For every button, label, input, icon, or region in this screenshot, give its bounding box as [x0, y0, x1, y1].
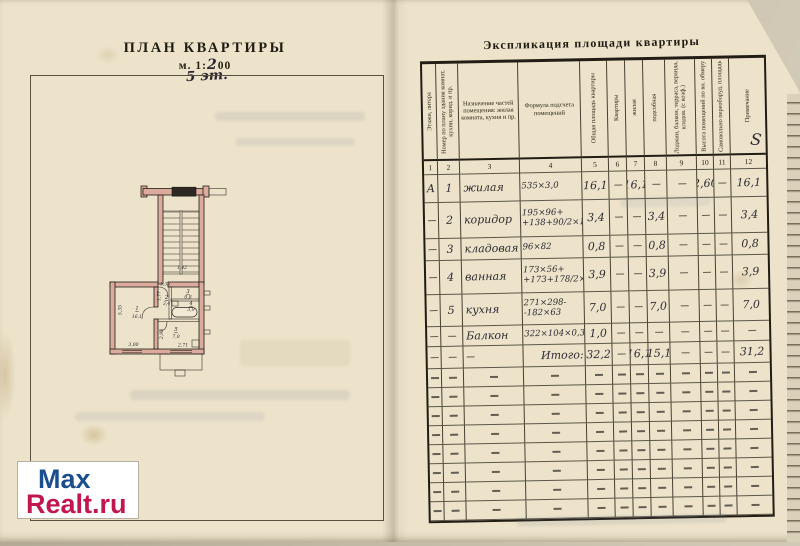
- table-cell: [613, 384, 631, 403]
- porch-step: [175, 370, 185, 376]
- table-cell: [735, 382, 770, 402]
- dash-mark: [679, 244, 687, 245]
- table-cell: [720, 458, 737, 477]
- table-cell: 3,9: [733, 255, 769, 290]
- table-cell: 4: [440, 261, 463, 295]
- table-cell: [702, 421, 719, 440]
- table-cell: [464, 367, 524, 387]
- table-cell: [430, 464, 444, 483]
- plan-label: 4: [188, 301, 192, 307]
- table-cell: [700, 342, 717, 364]
- dash-mark: [638, 506, 646, 507]
- dash-mark: [635, 374, 643, 375]
- table-cell: 3,4: [732, 197, 768, 234]
- dash-mark: [432, 434, 440, 435]
- table-cell: [628, 235, 646, 257]
- table-cell: [702, 402, 719, 421]
- table-cell: 3: [439, 239, 461, 261]
- table-cell: [444, 502, 466, 521]
- dash-mark: [719, 214, 727, 215]
- dash-mark: [636, 412, 644, 413]
- table-cell: [715, 197, 733, 233]
- dash-mark: [618, 412, 626, 413]
- table-cell: [703, 459, 720, 478]
- table-cell: 173×56+ +173+178/2×184: [522, 258, 585, 293]
- room-partition-lower: [154, 319, 158, 349]
- dash-mark: [615, 245, 623, 246]
- table-cell: 3,9: [584, 258, 612, 293]
- table-cell: [719, 439, 736, 458]
- dash-mark: [596, 412, 604, 413]
- table-cell: [737, 458, 772, 478]
- plan-label: 1,35: [160, 282, 170, 288]
- dash-mark: [704, 305, 712, 306]
- table-cell: [587, 442, 614, 462]
- table-cell: [610, 199, 629, 235]
- dash-mark: [705, 391, 713, 392]
- radiator: [204, 291, 210, 295]
- plan-label: 0,8: [184, 295, 191, 301]
- dash-mark: [552, 451, 560, 452]
- header-cell: Квартиры: [607, 60, 627, 157]
- dash-mark: [637, 449, 645, 450]
- plan-label: 1: [135, 306, 138, 312]
- table-cell: [703, 497, 720, 516]
- table-cell: [650, 441, 672, 460]
- dash-mark: [431, 377, 439, 378]
- dash-mark: [449, 415, 457, 416]
- dash-mark: [748, 371, 756, 372]
- table-row: Этажи, литераНомер по плану здания комна…: [422, 58, 766, 162]
- table-cell: 16,1: [627, 171, 646, 199]
- dash-mark: [707, 467, 715, 468]
- column-number-cell: 1: [424, 161, 438, 175]
- table-cell: [630, 323, 648, 343]
- table-cell: [443, 426, 465, 445]
- table-cell: [720, 496, 737, 515]
- dash-mark: [429, 277, 437, 278]
- dash-mark: [723, 448, 731, 449]
- plan-label: 2,98: [159, 329, 165, 340]
- dash-mark: [683, 468, 691, 469]
- plan-label: 7,0: [172, 334, 179, 340]
- table-cell: [650, 422, 672, 441]
- table-cell: жилая: [460, 173, 521, 202]
- table-cell: [428, 388, 442, 407]
- dash-mark: [450, 453, 458, 454]
- dash-mark: [657, 468, 665, 469]
- dash-mark: [619, 450, 627, 451]
- table-cell: [701, 383, 718, 402]
- table-cell: 16,1: [582, 172, 610, 201]
- top-wall-left: [110, 282, 158, 287]
- table-cell: кладовая: [461, 237, 521, 260]
- dash-mark: [596, 431, 604, 432]
- table-cell: 1,0: [585, 324, 612, 345]
- dash-mark: [750, 428, 758, 429]
- table-cell: [698, 198, 716, 234]
- dash-mark: [617, 332, 625, 333]
- dash-mark: [681, 352, 689, 353]
- header-label: Квартиры: [613, 95, 621, 122]
- table-cell: [718, 382, 735, 401]
- table-cell: [609, 171, 628, 199]
- table-cell: А: [424, 175, 439, 203]
- header-cell: Лоджии, балкон, терраса, веранда, кладов…: [665, 59, 697, 157]
- left-page: ПЛАН КВАРТИРЫ м. 1:200 5 эт.: [0, 0, 400, 542]
- dash-mark: [658, 487, 666, 488]
- table-cell: [649, 365, 671, 384]
- dash-mark: [595, 374, 603, 375]
- dash-mark: [656, 392, 664, 393]
- dash-mark: [552, 470, 560, 471]
- dash-mark: [428, 249, 436, 250]
- room-door-arc: [142, 307, 154, 319]
- table-cell: [425, 203, 440, 239]
- table-cell: [588, 461, 615, 481]
- header-label: Номер по плану здания комнат, кухни, кор…: [439, 64, 455, 158]
- dash-mark: [448, 336, 456, 337]
- table-cell: [718, 363, 735, 382]
- header-label: Этажи, литера: [426, 92, 434, 131]
- dash-mark: [633, 245, 641, 246]
- dash-mark: [637, 431, 645, 432]
- table-cell: [464, 386, 524, 406]
- table-cell: [426, 295, 441, 327]
- dash-mark: [451, 491, 459, 492]
- table-cell: 16,1: [731, 169, 767, 198]
- dash-mark: [637, 468, 645, 469]
- stair-wall-left: [158, 195, 163, 284]
- table-cell: [716, 255, 734, 289]
- dash-mark: [490, 395, 498, 396]
- dash-mark: [657, 449, 665, 450]
- table-cell: 2: [439, 203, 462, 239]
- dash-mark: [597, 469, 605, 470]
- table-cell: [673, 478, 703, 498]
- table-cell: 3,9: [647, 257, 670, 291]
- table-cell: [668, 198, 699, 235]
- dash-mark: [634, 306, 642, 307]
- table-cell: [737, 477, 772, 497]
- dash-mark: [658, 506, 666, 507]
- table-cell: [672, 402, 702, 422]
- dash-mark: [720, 271, 728, 272]
- porch-outline: [160, 354, 202, 370]
- plan-label: 3,9: [187, 307, 194, 313]
- column-number-cell: 9: [667, 156, 697, 171]
- table-cell: [633, 460, 651, 479]
- table-cell: [610, 235, 628, 257]
- plan-label: 3,00: [128, 342, 138, 348]
- dash-mark: [749, 390, 757, 391]
- table-cell: 271×298- -182×63: [522, 292, 585, 325]
- table-cell: [672, 421, 702, 441]
- header-cell: подсобная: [643, 60, 667, 157]
- table-cell: [612, 323, 630, 343]
- table-cell: [700, 322, 717, 342]
- table-cell: 3,4: [646, 199, 669, 235]
- table-cell: 3,4: [583, 200, 611, 237]
- column-number-cell: 11: [714, 155, 731, 169]
- dash-mark: [638, 487, 646, 488]
- dash-mark: [450, 472, 458, 473]
- stove: [192, 340, 199, 347]
- dash-mark: [724, 486, 732, 487]
- column-number-cell: 12: [731, 155, 766, 170]
- balcony-slab: [209, 189, 226, 196]
- dash-mark: [550, 375, 558, 376]
- plan-label: 2,71: [177, 343, 188, 349]
- table-cell: [615, 460, 633, 479]
- table-cell: [444, 464, 466, 483]
- dash-mark: [722, 351, 730, 352]
- table-cell: 32,2: [585, 344, 612, 367]
- table-cell: [614, 422, 632, 441]
- dash-mark: [750, 466, 758, 467]
- table-cell: 2,60: [697, 170, 715, 198]
- dash-mark: [616, 306, 624, 307]
- table-cell: [441, 327, 463, 347]
- dash-mark: [433, 491, 441, 492]
- dash-mark: [636, 393, 644, 394]
- table-cell: 535×3,0: [520, 172, 583, 201]
- table-cell: коридор: [461, 201, 522, 238]
- header-label: Примечание: [744, 89, 752, 122]
- table-cell: [615, 479, 633, 498]
- dash-mark: [707, 486, 715, 487]
- table-cell: [466, 462, 526, 482]
- table-cell: [645, 171, 668, 199]
- table-cell: [587, 423, 614, 443]
- table-cell: [670, 342, 700, 365]
- header-label: Назначение частей помещения: жилая комна…: [459, 99, 518, 122]
- table-cell: [631, 384, 649, 403]
- table-cell: [735, 363, 770, 383]
- watermark-line2: Realt.ru: [26, 492, 138, 517]
- dash-mark: [655, 332, 663, 333]
- dash-mark: [449, 396, 457, 397]
- table-cell: [631, 365, 649, 384]
- table-cell: [586, 366, 613, 386]
- dash-mark: [705, 352, 713, 353]
- table-cell: [734, 321, 769, 342]
- plan-label: 5: [174, 327, 177, 333]
- table-cell: [673, 497, 703, 517]
- table-cell: [465, 405, 525, 425]
- kitchen-partition: [158, 319, 199, 322]
- header-label: Лоджии, балкон, терраса, веранда, кладов…: [672, 60, 688, 154]
- table-cell: [586, 385, 613, 405]
- dash-mark: [490, 414, 498, 415]
- table-cell: [615, 498, 633, 517]
- table-cell: [526, 499, 588, 519]
- table-cell: кухня: [462, 293, 523, 326]
- dash-mark: [721, 304, 729, 305]
- table-cell: [430, 483, 444, 502]
- table-cell: [714, 169, 732, 197]
- table-cell: [444, 483, 466, 502]
- table-cell: [466, 500, 526, 520]
- radiator: [204, 306, 210, 310]
- dash-mark: [553, 508, 561, 509]
- table-cell: [427, 347, 441, 369]
- header-label: Самовольно переоборуд. площадь: [716, 60, 725, 152]
- table-cell: [611, 257, 630, 291]
- table-cell: [672, 440, 702, 460]
- header-cell: Самовольно переоборуд. площадь: [712, 58, 731, 155]
- dash-mark: [680, 272, 688, 273]
- dash-mark: [751, 485, 759, 486]
- dash-mark: [596, 450, 604, 451]
- table-cell: [525, 442, 587, 462]
- table-cell: [715, 233, 732, 255]
- table-cell: [673, 459, 703, 479]
- right-wall: [199, 282, 204, 354]
- column-number-cell: 7: [627, 157, 645, 171]
- table-cell: [442, 369, 464, 388]
- dash-mark: [684, 506, 692, 507]
- table-cell: [632, 403, 650, 422]
- column-number-cell: 3: [460, 159, 520, 174]
- dash-mark: [431, 415, 439, 416]
- dash-mark: [431, 396, 439, 397]
- table-cell: [463, 345, 523, 368]
- header-cell: Формула подсчета помещений: [518, 61, 582, 159]
- plan-label: 16.1: [132, 314, 142, 320]
- table-cell: [612, 343, 630, 365]
- plan-label: 1,77: [157, 291, 163, 301]
- dash-mark: [551, 413, 559, 414]
- table-cell: [716, 289, 734, 321]
- dash-mark: [722, 372, 730, 373]
- plan-title: ПЛАН КВАРТИРЫ: [0, 40, 410, 57]
- dash-mark: [429, 310, 437, 311]
- dash-mark: [722, 391, 730, 392]
- dash-mark: [749, 409, 757, 410]
- table-cell: [524, 385, 586, 405]
- dash-mark: [678, 215, 686, 216]
- dash-mark: [703, 272, 711, 273]
- table-cell: [717, 341, 734, 363]
- dash-mark: [655, 373, 663, 374]
- table-cell: [628, 199, 647, 235]
- table-cell: [669, 256, 700, 291]
- dash-mark: [704, 331, 712, 332]
- table-cell: [699, 290, 717, 322]
- dash-mark: [617, 374, 625, 375]
- table-cell: 195×96+ +138+90/2×131: [521, 200, 584, 237]
- table-cell: [587, 404, 614, 424]
- table-cell: [629, 257, 648, 291]
- dash-mark: [682, 392, 690, 393]
- table-cell: [465, 443, 525, 463]
- table-cell: [525, 404, 587, 424]
- table-cell: [668, 234, 698, 257]
- dash-mark: [467, 356, 475, 357]
- column-number-cell: 4: [520, 158, 582, 173]
- dash-mark: [721, 330, 729, 331]
- dash-mark: [614, 216, 622, 217]
- dash-mark: [702, 244, 710, 245]
- table-cell: 0,8: [583, 236, 610, 259]
- table-cell: [651, 460, 673, 479]
- table-cell: [425, 239, 439, 261]
- dash-mark: [719, 243, 727, 244]
- table-cell: [720, 477, 737, 496]
- dash-mark: [617, 353, 625, 354]
- dash-mark: [656, 411, 664, 412]
- explication-table: S Этажи, литераНомер по плану здания ком…: [420, 55, 775, 524]
- column-number-cell: 2: [438, 161, 460, 175]
- scanned-document: ПЛАН КВАРТИРЫ м. 1:200 5 эт.: [0, 0, 800, 542]
- dash-mark: [619, 469, 627, 470]
- table-cell: 0,8: [646, 235, 668, 257]
- table-cell: [671, 383, 701, 403]
- table-cell: [669, 290, 700, 323]
- table-cell: [588, 480, 615, 500]
- dash-mark: [491, 471, 499, 472]
- header-label: Высота помещений по вн. обмеру: [699, 61, 708, 152]
- table-cell: [736, 439, 771, 459]
- header-label: жилая: [631, 99, 638, 116]
- dash-mark: [678, 183, 686, 184]
- dash-mark: [433, 510, 441, 511]
- dash-mark: [725, 505, 733, 506]
- table-cell: [632, 441, 650, 460]
- header-cell: Высота помещений по вн. обмеру: [695, 59, 714, 156]
- plan-label: 3,4: [163, 301, 170, 307]
- table-cell: [525, 423, 587, 443]
- table-cell: 16,1: [630, 343, 648, 365]
- header-cell: Номер по плану здания комнат, кухни, кор…: [436, 64, 460, 161]
- table-cell: [611, 291, 630, 323]
- page-edge-stack: [787, 94, 800, 542]
- plan-label: 2: [164, 295, 168, 301]
- dash-mark: [702, 215, 710, 216]
- table-cell: [588, 499, 615, 519]
- dash-mark: [553, 489, 561, 490]
- table-cell: [651, 498, 673, 517]
- table-cell: [650, 403, 672, 422]
- dash-mark: [552, 432, 560, 433]
- table-cell: [526, 461, 588, 481]
- table-cell: [613, 365, 631, 384]
- table-cell: 7,0: [647, 291, 670, 323]
- dash-mark: [748, 330, 756, 331]
- table-cell: [427, 327, 441, 347]
- dash-mark: [432, 472, 440, 473]
- radiator: [204, 330, 210, 334]
- table-cell: [441, 347, 463, 369]
- table-cell: [465, 424, 525, 444]
- dash-mark: [450, 434, 458, 435]
- right-page: Экспликация площади квартиры S Этажи, ли…: [387, 0, 800, 542]
- dash-mark: [492, 509, 500, 510]
- table-cell: 1: [438, 175, 461, 203]
- table-cell: [442, 388, 464, 407]
- dash-mark: [657, 430, 665, 431]
- plan-label: 3: [186, 289, 190, 295]
- top-wall-right: [168, 282, 199, 287]
- table-cell: 31,2: [734, 341, 769, 364]
- dash-mark: [618, 393, 626, 394]
- table-cell: 322×104×0,3: [523, 324, 585, 345]
- table-cell: 5: [440, 295, 463, 327]
- dash-mark: [614, 184, 622, 185]
- floor-plan: 1,421,351,7723,430,843,957,0116.15,353,0…: [96, 182, 246, 382]
- dash-mark: [634, 273, 642, 274]
